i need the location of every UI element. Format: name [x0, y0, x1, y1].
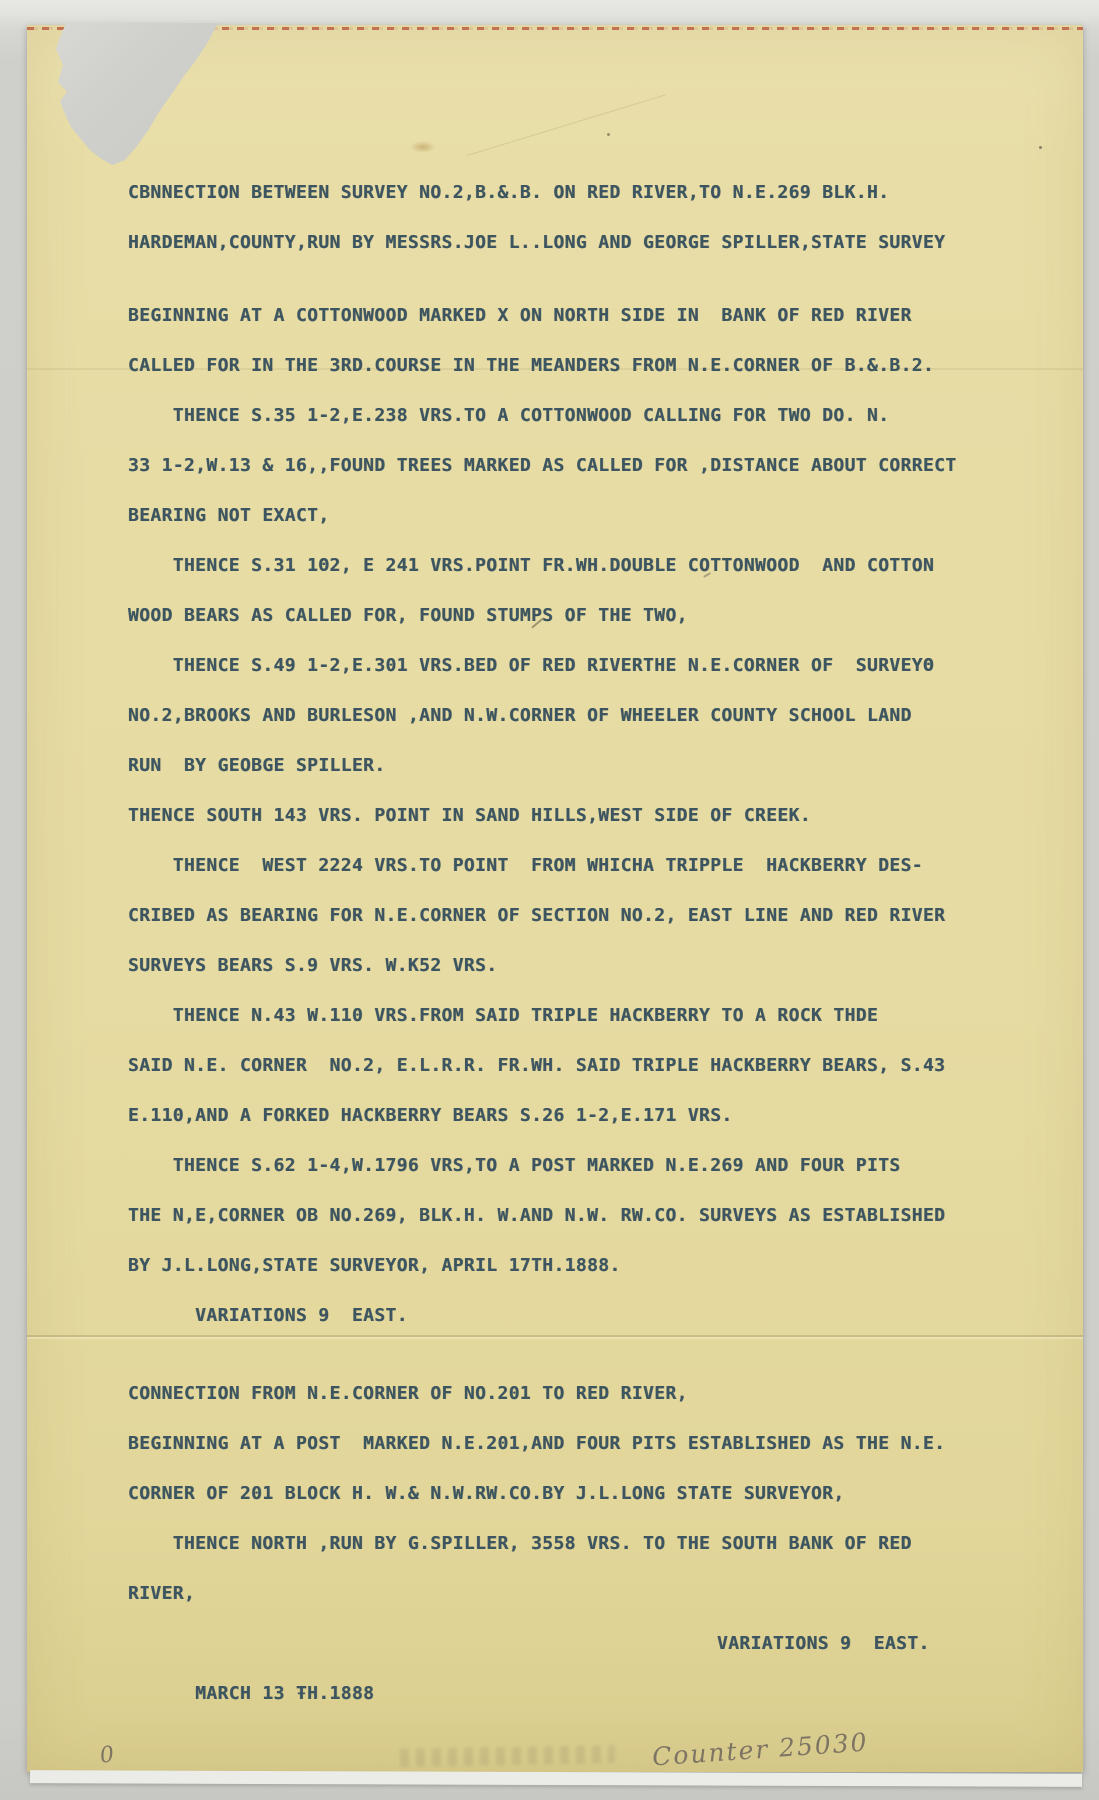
variations-text: VARIATIONS 9 EAST.: [717, 1619, 930, 1669]
ink-speck: [1039, 146, 1042, 149]
underlying-sheet-edge: [30, 1770, 1082, 1787]
ink-speck: [607, 133, 610, 136]
typed-line: BY J.L.LONG,STATE SURVEYOR, APRIL 17TH.1…: [128, 1241, 1058, 1291]
typed-line: THENCE WEST 2224 VRS.TO POINT FROM WHICH…: [128, 841, 1058, 891]
typed-line: THENCE S.35 1-2,E.238 VRS.TO A COTTONWOO…: [128, 391, 1058, 441]
typed-line: THENCE NORTH ,RUN BY G.SPILLER, 3558 VRS…: [128, 1519, 1058, 1569]
typed-line: WOOD BEARS AS CALLED FOR, FOUND STUMPS O…: [128, 591, 1058, 641]
typed-line: 33 1-2,W.13 & 16,,FOUND TREES MARKED AS …: [128, 441, 1058, 491]
diagonal-crease: [467, 94, 666, 156]
typed-line: NO.2,BROOKS AND BURLESON ,AND N.W.CORNER…: [128, 691, 1058, 741]
typed-line: CBNNECTION BETWEEN SURVEY NO.2,B.&.B. ON…: [128, 168, 1058, 218]
typed-line: HARDEMAN,COUNTY,RUN BY MESSRS.JOE L..LON…: [128, 218, 1058, 268]
typed-text-block: CBNNECTION BETWEEN SURVEY NO.2,B.&.B. ON…: [128, 168, 1058, 1669]
typed-line: E.110,AND A FORKED HACKBERRY BEARS S.26 …: [128, 1091, 1058, 1141]
typed-line: SURVEYS BEARS S.9 VRS. W.K52 VRS.: [128, 941, 1058, 991]
date-text: MARCH 13 ŦH.1888: [195, 1683, 374, 1704]
typed-line: CALLED FOR IN THE 3RD.COURSE IN THE MEAN…: [128, 341, 1058, 391]
typed-line: THENCE SOUTH 143 VRS. POINT IN SAND HILL…: [128, 791, 1058, 841]
typed-line: RIVER,: [128, 1569, 1058, 1619]
torn-corner: [26, 23, 226, 173]
typed-line: BEGINNING AT A POST MARKED N.E.201,AND F…: [128, 1419, 1058, 1469]
paper-stain: [410, 141, 436, 153]
typed-line: CONNECTION FROM N.E.CORNER OF NO.201 TO …: [128, 1369, 1058, 1419]
typed-line: THENCE N.43 W.110 VRS.FROM SAID TRIPLE H…: [128, 991, 1058, 1041]
typed-line: BEARING NOT EXACT,: [128, 491, 1058, 541]
typed-line: SAID N.E. CORNER NO.2, E.L.R.R. FR.WH. S…: [128, 1041, 1058, 1091]
typed-line: VARIATIONS 9 EAST.: [128, 1291, 1058, 1341]
document-page: CBNNECTION BETWEEN SURVEY NO.2,B.&.B. ON…: [27, 25, 1083, 1772]
typed-line: THENCE S.31 1Θ2, E 241 VRS.POINT FR.WH.D…: [128, 541, 1058, 591]
typed-line: THENCE S.49 1-2,E.301 VRS.BED OF RED RIV…: [128, 641, 1058, 691]
typed-line: THE N,E,CORNER OB NO.269, BLK.H. W.AND N…: [128, 1191, 1058, 1241]
typed-line: RUN BY GEOBGE SPILLER.: [128, 741, 1058, 791]
typed-line: BEGINNING AT A COTTONWOOD MARKED X ON NO…: [128, 291, 1058, 341]
pencil-smudge: [400, 1745, 615, 1767]
typed-line: THENCE S.62 1-4,W.1796 VRS,TO A POST MAR…: [128, 1141, 1058, 1191]
typed-line: CRIBED AS BEARING FOR N.E.CORNER OF SECT…: [128, 891, 1058, 941]
typed-line: CORNER OF 201 BLOCK H. W.& N.W.RW.CO.BY …: [128, 1469, 1058, 1519]
typed-footer-line: MARCH 13 ŦH.1888 VARIATIONS 9 EAST.: [128, 1619, 1058, 1669]
